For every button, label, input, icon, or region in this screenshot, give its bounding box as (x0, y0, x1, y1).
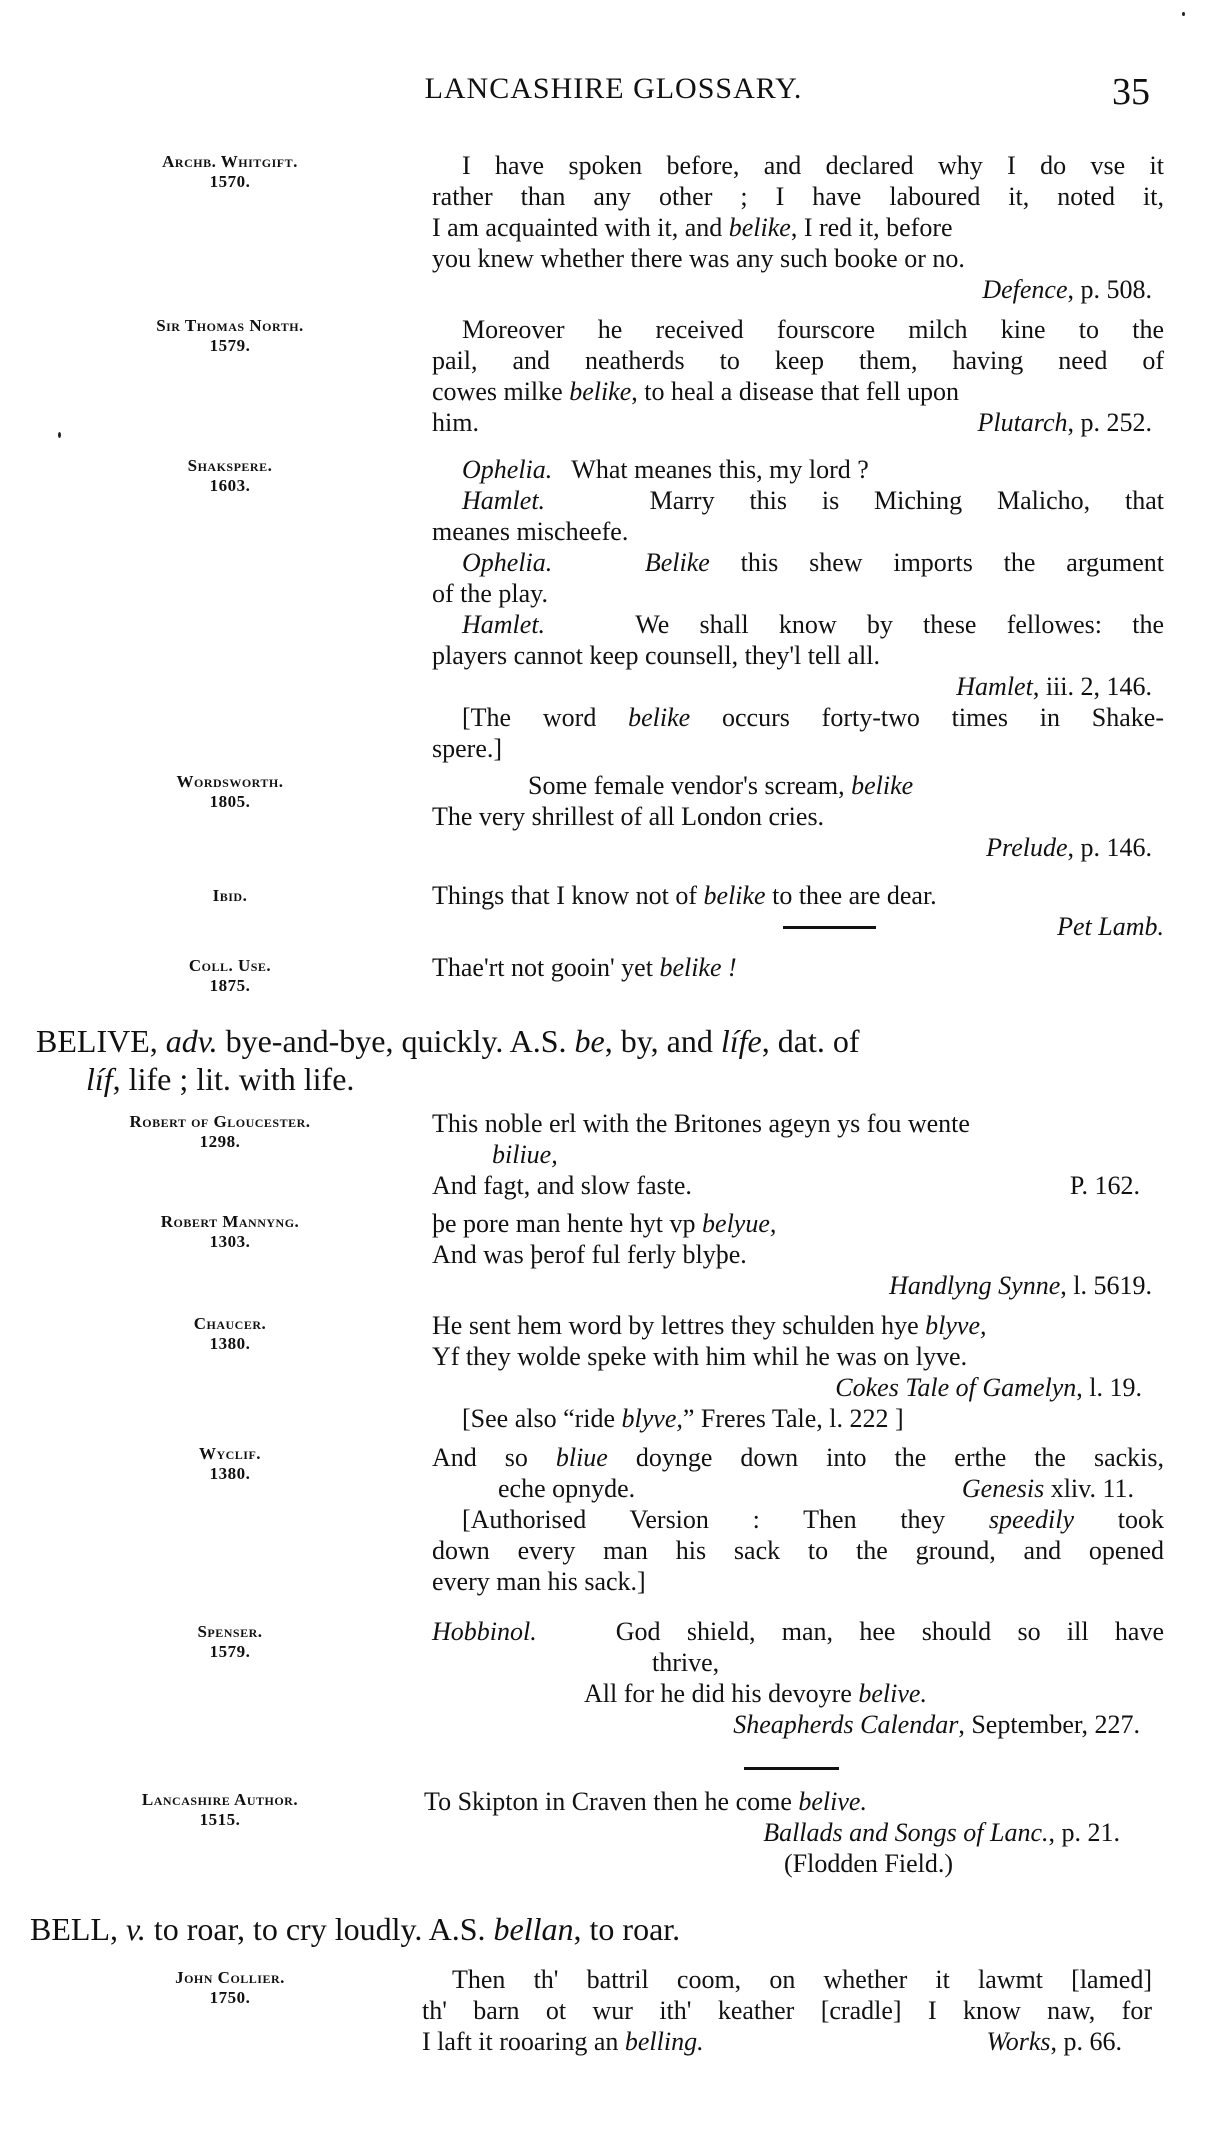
author-name: Wordsworth. (176, 772, 283, 791)
author-name: Ibid. (213, 886, 248, 905)
quote-line: cowes milke belike, to heal a disease th… (432, 376, 1164, 407)
speaker-name: Hobbinol. (432, 1617, 537, 1646)
quote-line: eche opnyde.Genesis xliv. 11. (432, 1473, 1164, 1504)
source-reference: Cokes Tale of Gamelyn, l. 19. (432, 1372, 1164, 1403)
citation-year: 1298. (50, 1132, 390, 1152)
speaker-name: Ophelia. (462, 455, 552, 484)
citation-author: Wyclif. 1380. (60, 1444, 400, 1484)
citation-year: 1805. (60, 792, 400, 812)
editorial-note: spere.] (432, 733, 1164, 764)
quote-line: Moreover he received fourscore milch kin… (432, 314, 1164, 345)
source-reference: Hamlet, iii. 2, 146. (432, 671, 1164, 702)
source-reference: Prelude, p. 146. (432, 832, 1164, 863)
editorial-note: [The word belike occurs forty-two times … (432, 702, 1164, 733)
quote-line: Things that I know not of belike to thee… (432, 880, 1164, 911)
print-speck (58, 432, 61, 438)
part-of-speech: adv. (166, 1023, 218, 1059)
print-speck (1182, 12, 1185, 16)
citation-author: Robert Mannyng. 1303. (60, 1212, 400, 1252)
citation-author: Archb. Whitgift. 1570. (60, 152, 400, 192)
quote-line: I am acquainted with it, and belike, I r… (432, 212, 1164, 243)
quotation-block: Thae'rt not gooin' yet belike ! (432, 952, 1164, 983)
citation-year: 1515. (50, 1810, 390, 1830)
citation-year: 1579. (60, 1642, 400, 1662)
author-name: Spenser. (197, 1622, 262, 1641)
author-name: Archb. Whitgift. (162, 152, 298, 171)
quote-line: The very shrillest of all London cries. (432, 801, 1164, 832)
citation-year: 1579. (60, 336, 400, 356)
citation-author: Spenser. 1579. (60, 1622, 400, 1662)
quote-line: players cannot keep counsell, they'l tel… (432, 640, 1164, 671)
quotation-block: þe pore man hente hyt vp belyue, And was… (432, 1208, 1164, 1301)
quote-line: of the play. (432, 578, 1164, 609)
quote-line: He sent hem word by lettres they schulde… (432, 1310, 1164, 1341)
citation-year: 1380. (60, 1464, 400, 1484)
quote-line: thrive, (432, 1647, 1164, 1678)
quotation-block: To Skipton in Craven then he come belive… (424, 1786, 1156, 1879)
quotation-block: Then th' battril coom, on whether it law… (422, 1964, 1152, 2057)
headword-entry-bell: BELL, v. to roar, to cry loudly. A.S. be… (30, 1910, 1160, 1948)
source-reference: P. 162. (1070, 1170, 1140, 1201)
quote-line: To Skipton in Craven then he come belive… (424, 1786, 1156, 1817)
editorial-note: every man his sack.] (432, 1566, 1164, 1597)
citation-author: Wordsworth. 1805. (60, 772, 400, 812)
citation-author: Robert of Gloucester. 1298. (50, 1112, 390, 1152)
quote-line: Yf they wolde speke with him whil he was… (432, 1341, 1164, 1372)
source-reference: Sheapherds Calendar, September, 227. (432, 1709, 1164, 1740)
quote-line: Some female vendor's scream, belike (432, 770, 1164, 801)
citation-author: Coll. Use. 1875. (60, 956, 400, 996)
author-name: Robert of Gloucester. (129, 1112, 310, 1131)
citation-year: 1380. (60, 1334, 400, 1354)
quotation-block: Things that I know not of belike to thee… (432, 880, 1164, 942)
citation-year: 1603. (60, 476, 400, 496)
source-reference: Defence, p. 508. (432, 274, 1164, 305)
headword: BELIVE, (36, 1023, 158, 1059)
author-name: Coll. Use. (189, 956, 271, 975)
etymology-word: lífe (721, 1023, 762, 1059)
author-name: Lancashire Author. (142, 1790, 298, 1809)
headword: BELL, (30, 1911, 118, 1947)
part-of-speech: v. (126, 1911, 146, 1947)
citation-author: John Collier. 1750. (60, 1968, 400, 2008)
source-note: (Flodden Field.) (424, 1848, 1156, 1879)
author-name: Sir Thomas North. (156, 316, 304, 335)
quote-line: And was þerof ful ferly blyþe. (432, 1239, 1164, 1270)
quote-line: And so bliue doynge down into the erthe … (432, 1442, 1164, 1473)
quote-line: þe pore man hente hyt vp belyue, (432, 1208, 1164, 1239)
citation-author: Shakspere. 1603. (60, 456, 400, 496)
quote-line: Thae'rt not gooin' yet belike ! (432, 952, 1164, 983)
etymology-word: bellan (494, 1911, 574, 1947)
source-reference: Works, p. 66. (986, 2026, 1122, 2057)
editorial-note: [Authorised Version : Then they speedily… (432, 1504, 1164, 1535)
quote-line: Ophelia. Belike this shew imports the ar… (432, 547, 1164, 578)
section-divider (744, 1767, 839, 1770)
page-number: 35 (1112, 70, 1150, 114)
quote-line: Ophelia. What meanes this, my lord ? (432, 454, 1164, 485)
source-reference: Ballads and Songs of Lanc., p. 21. (424, 1817, 1156, 1848)
author-name: John Collier. (175, 1968, 285, 1987)
quote-line: Hobbinol. God shield, man, hee should so… (432, 1616, 1164, 1647)
citation-author: Chaucer. 1380. (60, 1314, 400, 1354)
quote-line: Hamlet. Marry this is Miching Malicho, t… (432, 485, 1164, 516)
quote-line: you knew whether there was any such book… (432, 243, 1164, 274)
source-reference: Handlyng Synne, l. 5619. (432, 1270, 1164, 1301)
section-divider (783, 926, 876, 929)
etymology-word: be (575, 1023, 605, 1059)
quote-line: I have spoken before, and declared why I… (432, 150, 1164, 181)
source-reference: Genesis xliv. 11. (962, 1473, 1134, 1504)
quote-line: This noble erl with the Britones ageyn y… (432, 1108, 1164, 1139)
citation-author: Sir Thomas North. 1579. (60, 316, 400, 356)
citation-author: Ibid. (60, 886, 400, 906)
quotation-block: This noble erl with the Britones ageyn y… (432, 1108, 1164, 1201)
quote-line: Hamlet. We shall know by these fellowes:… (432, 609, 1164, 640)
quotation-block: Hobbinol. God shield, man, hee should so… (432, 1616, 1164, 1740)
headword-usage: biliue, (492, 1140, 558, 1169)
quotation-block: And so bliue doynge down into the erthe … (432, 1442, 1164, 1597)
speaker-name: Hamlet. (462, 610, 545, 639)
quotation-block: I have spoken before, and declared why I… (432, 150, 1164, 305)
editorial-note: down every man his sack to the ground, a… (432, 1535, 1164, 1566)
citation-year: 1875. (60, 976, 400, 996)
quote-line: All for he did his devoyre belive. (432, 1678, 1164, 1709)
speaker-name: Ophelia. (462, 548, 552, 577)
author-name: Chaucer. (194, 1314, 267, 1333)
quote-line: him.Plutarch, p. 252. (432, 407, 1164, 438)
source-reference: Plutarch, p. 252. (977, 407, 1152, 438)
quote-line: I laft it rooaring an belling.Works, p. … (422, 2026, 1152, 2057)
etymology-word: líf (86, 1061, 113, 1097)
quote-line: th' barn ot wur ith' keather [cradle] I … (422, 1995, 1152, 2026)
citation-year: 1750. (60, 1988, 400, 2008)
headword-usage: belike (729, 213, 791, 242)
quote-line: meanes mischeefe. (432, 516, 1164, 547)
running-header-title: LANCASHIRE GLOSSARY. (0, 72, 1227, 106)
quote-line: And fagt, and slow faste.P. 162. (432, 1170, 1164, 1201)
citation-year: 1570. (60, 172, 400, 192)
speaker-name: Hamlet. (462, 486, 545, 515)
citation-year: 1303. (60, 1232, 400, 1252)
quotation-block: Some female vendor's scream, belike The … (432, 770, 1164, 863)
quotation-block: He sent hem word by lettres they schulde… (432, 1310, 1164, 1434)
author-name: Robert Mannyng. (161, 1212, 300, 1231)
quotation-block: Moreover he received fourscore milch kin… (432, 314, 1164, 438)
quote-line: rather than any other ; I have laboured … (432, 181, 1164, 212)
quote-line: pail, and neatherds to keep them, having… (432, 345, 1164, 376)
headword-entry-belive: BELIVE, adv. bye-and-bye, quickly. A.S. … (36, 1022, 1166, 1098)
quotation-block: Ophelia. What meanes this, my lord ? Ham… (432, 454, 1164, 764)
definition: to roar, to cry loudly. A.S. (146, 1911, 494, 1947)
author-name: Wyclif. (199, 1444, 261, 1463)
editorial-note: [See also “ride blyve,” Freres Tale, l. … (432, 1403, 1164, 1434)
author-name: Shakspere. (188, 456, 273, 475)
citation-author: Lancashire Author. 1515. (50, 1790, 390, 1830)
headword-usage: belike (569, 377, 631, 406)
quote-line: Then th' battril coom, on whether it law… (422, 1964, 1152, 1995)
definition: bye-and-bye, quickly. A.S. (218, 1023, 575, 1059)
